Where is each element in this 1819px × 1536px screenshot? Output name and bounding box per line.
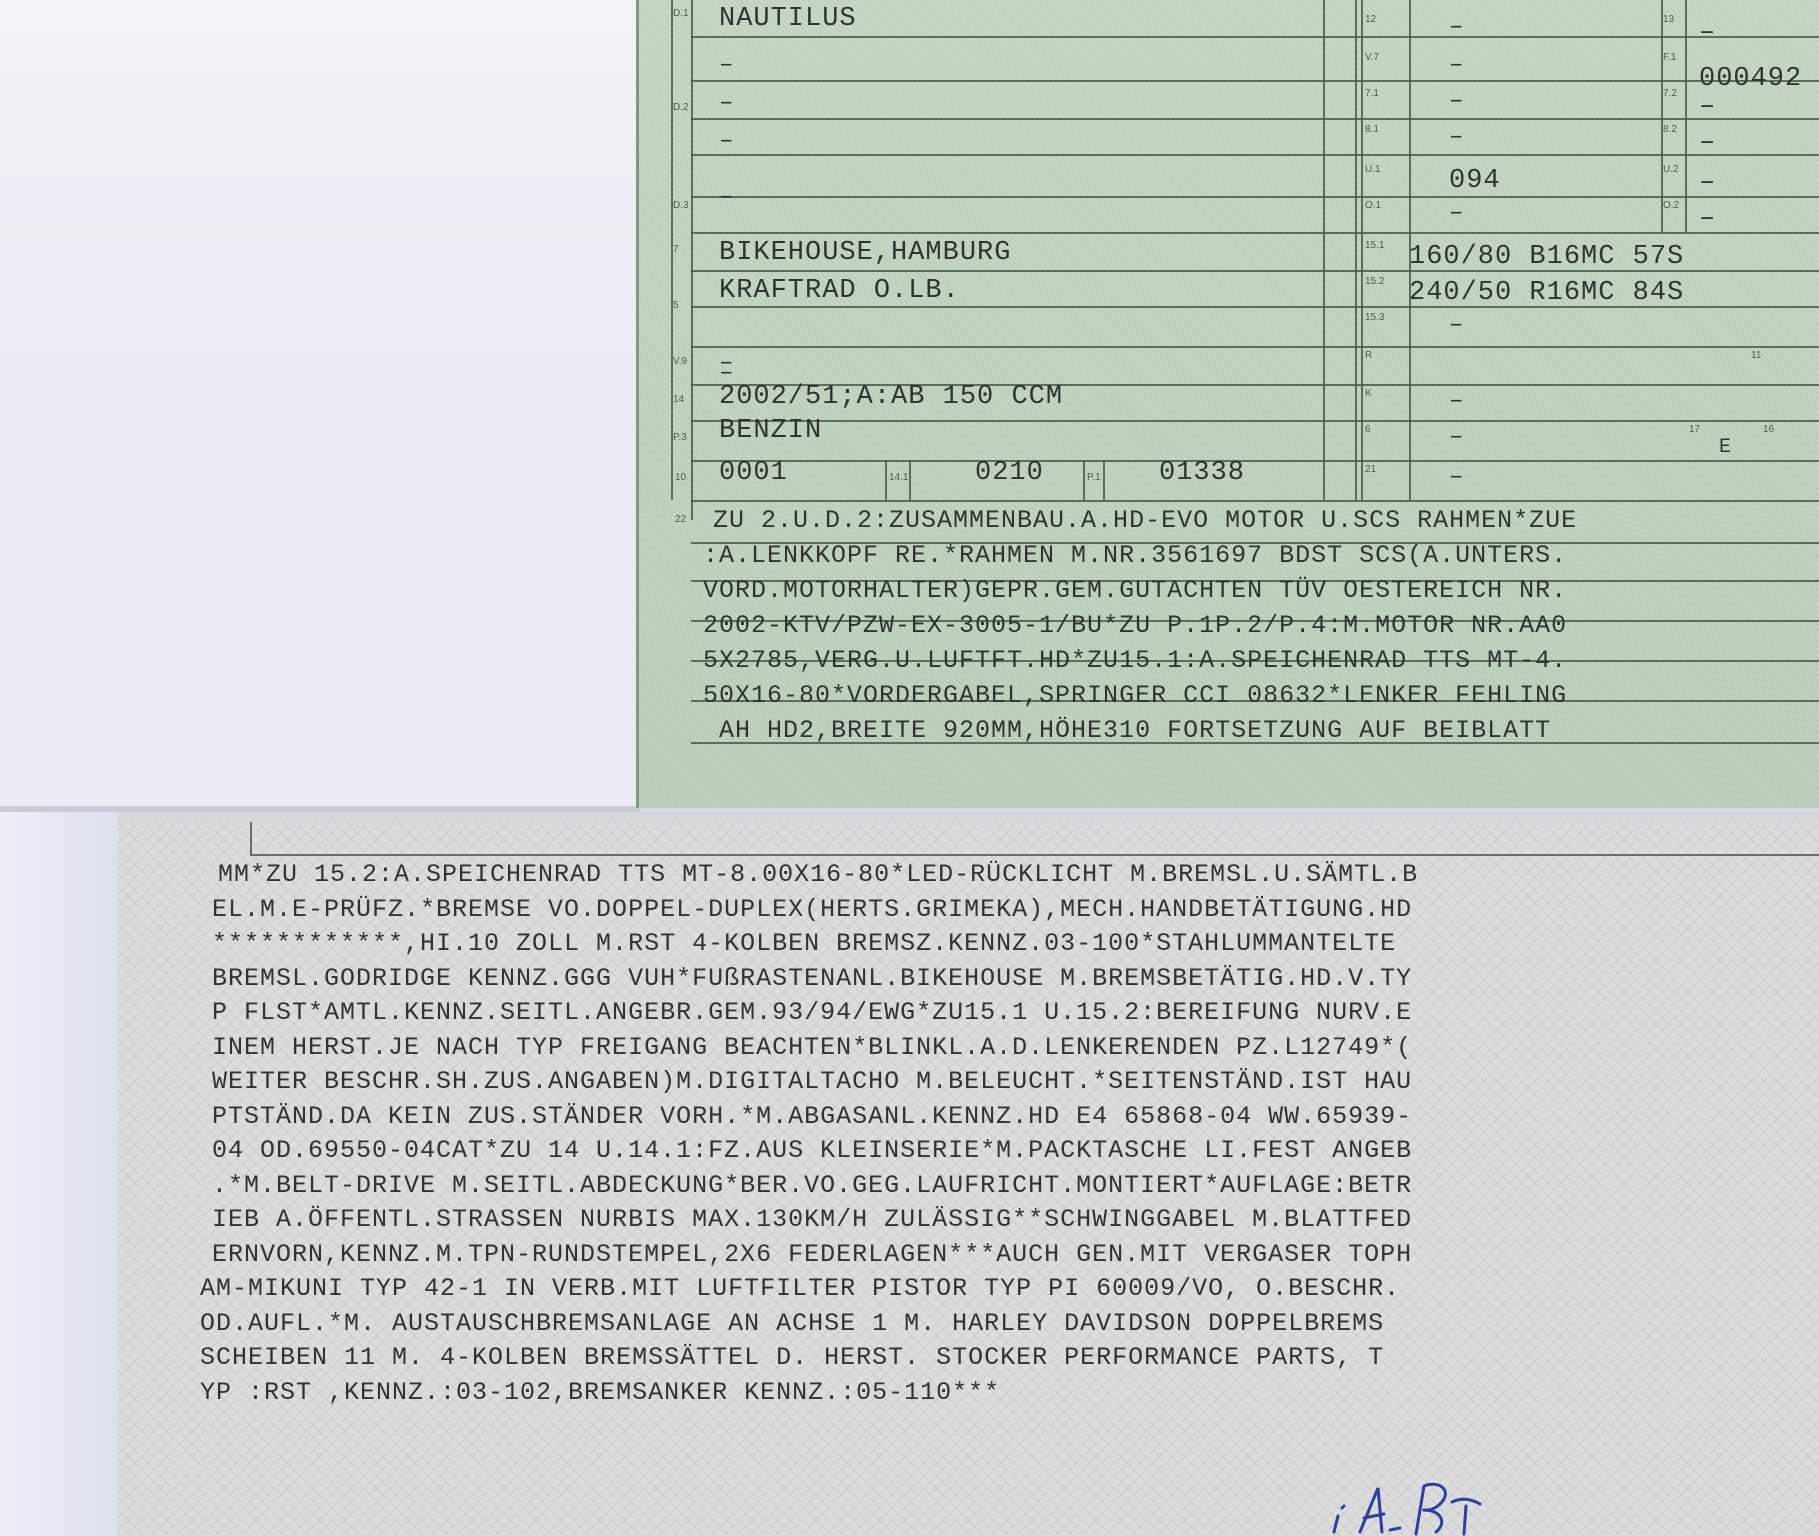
field-code: F.1 xyxy=(1663,52,1676,63)
supplement-line: YP :RST ,KENNZ.:03-102,BREMSANKER KENNZ.… xyxy=(200,1378,1000,1407)
field-value: – xyxy=(1699,18,1716,48)
field-code: O.1 xyxy=(1365,200,1381,211)
field-value: 160/80 B16MC 57S xyxy=(1409,242,1684,272)
field-value: – xyxy=(1449,200,1464,227)
supplement-line: PTSTÄND.DA KEIN ZUS.STÄNDER VORH.*M.ABGA… xyxy=(212,1102,1412,1131)
field-code: 5 xyxy=(673,300,679,311)
field-code-22: 22 xyxy=(675,514,686,525)
field-code: 16 xyxy=(1763,424,1774,435)
field-14-1-value: 0210 xyxy=(975,458,1044,488)
field-value: KRAFTRAD O.LB. xyxy=(719,276,960,306)
supplement-line: MM*ZU 15.2:A.SPEICHENRAD TTS MT-8.00X16-… xyxy=(218,860,1418,889)
field-code: U.1 xyxy=(1365,164,1381,175)
field-p1-value: 01338 xyxy=(1159,458,1245,488)
supplement-line: .*M.BELT-DRIVE M.SEITL.ABDECKUNG*BER.VO.… xyxy=(212,1171,1412,1200)
form-rule xyxy=(691,80,1819,82)
background-strip xyxy=(0,812,118,1536)
form-rule xyxy=(691,36,1819,38)
remark-line: 5X2785,VERG.U.LUFTFT.HD*ZU15.1:A.SPEICHE… xyxy=(703,646,1567,675)
supplement-line: IEB A.ÖFFENTL.STRASSEN NURBIS MAX.130KM/… xyxy=(212,1205,1412,1234)
field-code: 21 xyxy=(1365,464,1376,475)
form-rule xyxy=(691,196,1819,198)
field-code: 15.1 xyxy=(1365,240,1384,251)
supplement-line: OD.AUFL.*M. AUSTAUSCHBREMSANLAGE AN ACHS… xyxy=(200,1309,1384,1338)
field-code: R xyxy=(1365,350,1372,361)
field-10-value: 0001 xyxy=(719,458,788,488)
field-value: – xyxy=(1449,464,1464,491)
field-code: U.2 xyxy=(1663,164,1679,175)
form-rule xyxy=(691,232,1819,234)
field-code: 13 xyxy=(1663,14,1674,25)
field-code: V.9 xyxy=(673,356,687,367)
form-rule xyxy=(691,154,1819,156)
field-code: 12 xyxy=(1365,14,1376,25)
field-value: 000492 xyxy=(1699,64,1802,94)
supplement-line: AM-MIKUNI TYP 42-1 IN VERB.MIT LUFTFILTE… xyxy=(200,1274,1400,1303)
supplement-line: ERNVORN,KENNZ.M.TPN-RUNDSTEMPEL,2X6 FEDE… xyxy=(212,1240,1412,1269)
field-value: – xyxy=(719,128,734,155)
field-value: 2002/51;A:AB 150 CCM xyxy=(719,382,1063,412)
field-value: – xyxy=(1449,88,1464,115)
field-value: – xyxy=(1449,52,1464,79)
field-value: – xyxy=(719,90,734,117)
field-value: – xyxy=(1699,204,1716,234)
remark-line: :A.LENKKOPF RE.*RAHMEN M.NR.3561697 BDST… xyxy=(703,541,1567,570)
supplement-line: P FLST*AMTL.KENNZ.SEITL.ANGEBR.GEM.93/94… xyxy=(212,998,1412,1027)
supplement-line: 04 OD.69550-04CAT*ZU 14 U.14.1:FZ.AUS KL… xyxy=(212,1136,1412,1165)
field-value: – xyxy=(1449,312,1464,339)
field-code: D.1 xyxy=(673,8,689,19)
field-code: 7.1 xyxy=(1365,88,1379,99)
field-value: – xyxy=(1699,128,1716,158)
field-code: 6 xyxy=(1365,424,1371,435)
field-value: 094 xyxy=(1449,166,1501,196)
field-value: – xyxy=(1449,124,1464,151)
field-value: NAUTILUS xyxy=(719,4,857,34)
field-code: K xyxy=(1365,388,1372,399)
remark-line: 2002-KTV/PZW-EX-3005-1/BU*ZU P.1P.2/P.4:… xyxy=(703,611,1567,640)
field-code: 17 xyxy=(1689,424,1700,435)
supplement-line: SCHEIBEN 11 M. 4-KOLBEN BREMSSÄTTEL D. H… xyxy=(200,1343,1384,1372)
field-value: – xyxy=(1699,168,1716,198)
field-code: V.7 xyxy=(1365,52,1379,63)
supplement-line: BREMSL.GODRIDGE KENNZ.GGG VUH*FUßRASTENA… xyxy=(212,964,1412,993)
field-value: – xyxy=(1449,14,1464,41)
form-rule xyxy=(691,346,1819,348)
field-value: – xyxy=(719,350,734,377)
form-rule xyxy=(691,420,1819,422)
field-code: O.2 xyxy=(1663,200,1679,211)
supplement-line: WEITER BESCHR.SH.ZUS.ANGABEN)M.DIGITALTA… xyxy=(212,1067,1412,1096)
remark-line: 50X16-80*VORDERGABEL,SPRINGER CCI 08632*… xyxy=(703,681,1567,710)
field-code: 8.1 xyxy=(1365,124,1379,135)
supplement-line: ************,HI.10 ZOLL M.RST 4-KOLBEN B… xyxy=(212,929,1396,958)
field-code: 11 xyxy=(1751,350,1761,361)
form-rule xyxy=(691,500,1819,502)
field-code: P.3 xyxy=(673,432,687,443)
field-code: D.3 xyxy=(673,200,689,211)
field-code: 15.3 xyxy=(1365,312,1384,323)
registration-form: D.1NAUTILUS–D.2––D.3–7BIKEHOUSE,HAMBURG5… xyxy=(636,0,1819,808)
field-value: – xyxy=(1449,424,1464,451)
field-value: 240/50 R16MC 84S xyxy=(1409,278,1684,308)
supplement-line: EL.M.E-PRÜFZ.*BREMSE VO.DOPPEL-DUPLEX(HE… xyxy=(212,895,1412,924)
form-rule xyxy=(691,460,1819,462)
field-value: – xyxy=(719,184,734,211)
signature xyxy=(1320,1480,1560,1536)
field-code: D.2 xyxy=(673,102,689,113)
field-value: BENZIN xyxy=(719,416,822,446)
field-value: E xyxy=(1719,436,1732,459)
remark-line: ZU 2.U.D.2:ZUSAMMENBAU.A.HD-EVO MOTOR U.… xyxy=(713,506,1577,535)
blank-white-paper xyxy=(0,0,640,808)
field-value: – xyxy=(1449,388,1464,415)
field-code-14-1: 14.1 xyxy=(889,472,908,483)
remark-line: AH HD2,BREITE 920MM,HÖHE310 FORTSETZUNG … xyxy=(719,716,1551,745)
field-code: 7.2 xyxy=(1663,88,1677,99)
field-code: 7 xyxy=(673,244,679,255)
field-code: 8.2 xyxy=(1663,124,1677,135)
supplement-line: INEM HERST.JE NACH TYP FREIGANG BEACHTEN… xyxy=(212,1033,1412,1062)
form-rule xyxy=(691,118,1819,120)
remark-line: VORD.MOTORHALTER)GEPR.GEM.GUTACHTEN TÜV … xyxy=(703,576,1567,605)
field-code-10: 10 xyxy=(675,472,686,483)
supplement-header-box xyxy=(250,822,1819,856)
field-value: – xyxy=(1699,92,1716,122)
supplement-sheet: MM*ZU 15.2:A.SPEICHENRAD TTS MT-8.00X16-… xyxy=(118,822,1819,1536)
field-code-p1: P.1 xyxy=(1087,472,1101,483)
field-code: 15.2 xyxy=(1365,276,1384,287)
field-value: BIKEHOUSE,HAMBURG xyxy=(719,238,1011,268)
field-value: – xyxy=(719,52,734,79)
field-code: 14 xyxy=(673,394,684,405)
